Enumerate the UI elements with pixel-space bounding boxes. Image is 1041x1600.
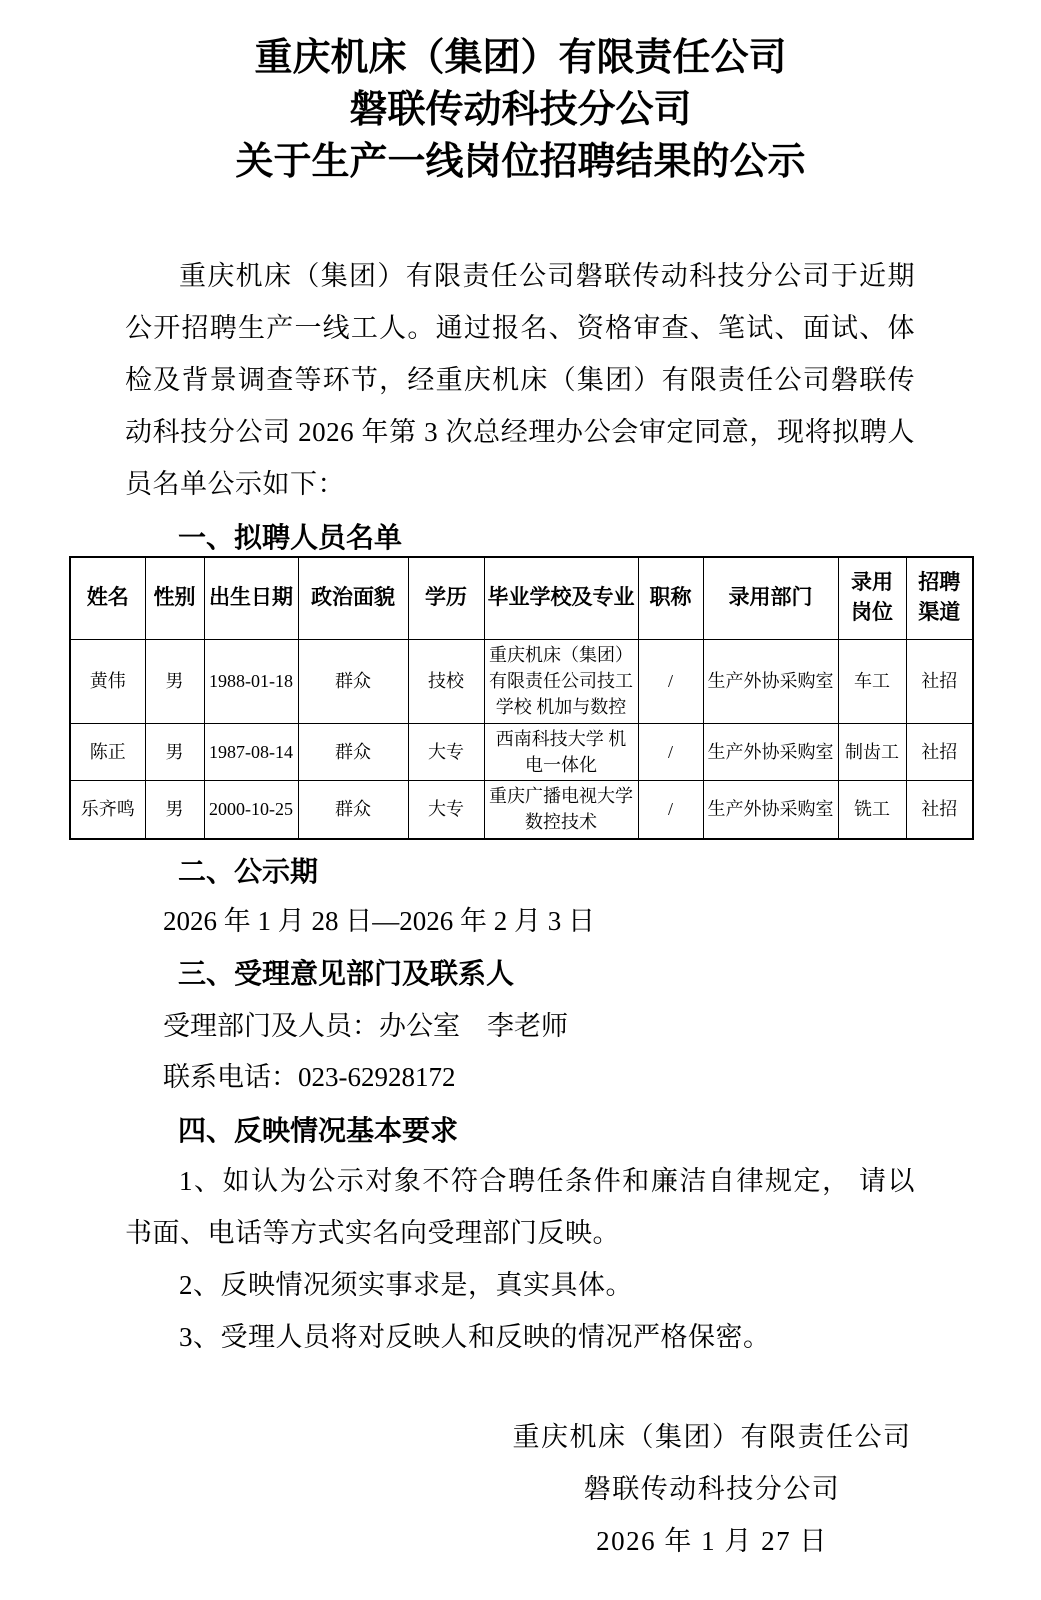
- column-header: 录用部门: [703, 557, 838, 639]
- table-cell: 社招: [906, 639, 973, 723]
- requirement-item: 3、受理人员将对反映人和反映的情况严格保密。: [125, 1311, 915, 1363]
- column-header: 性别: [145, 557, 204, 639]
- table-cell: /: [638, 639, 703, 723]
- column-header: 职称: [638, 557, 703, 639]
- table-cell: 车工: [838, 639, 906, 723]
- table-row: 陈正男1987-08-14群众大专西南科技大学 机电一体化/生产外协采购室制齿工…: [70, 723, 973, 780]
- signature-company: 重庆机床（集团）有限责任公司: [412, 1411, 1012, 1463]
- title-line-branch: 磐联传动科技分公司: [0, 84, 1041, 136]
- table-cell: 男: [145, 723, 204, 780]
- table-cell: 社招: [906, 780, 973, 839]
- table-row: 乐齐鸣男2000-10-25群众大专重庆广播电视大学 数控技术/生产外协采购室铣…: [70, 780, 973, 839]
- table-header-row: 姓名性别出生日期政治面貌学历毕业学校及专业职称录用部门录用岗位招聘渠道: [70, 557, 973, 639]
- table-cell: 群众: [298, 723, 408, 780]
- table-cell: 2000-10-25: [204, 780, 298, 839]
- table-cell: 1988-01-18: [204, 639, 298, 723]
- table-cell: 制齿工: [838, 723, 906, 780]
- table-cell: 铣工: [838, 780, 906, 839]
- section4-heading: 四、反映情况基本要求: [178, 1111, 458, 1151]
- table-body: 黄伟男1988-01-18群众技校重庆机床（集团）有限责任公司技工学校 机加与数…: [70, 639, 973, 839]
- candidate-table: 姓名性别出生日期政治面貌学历毕业学校及专业职称录用部门录用岗位招聘渠道 黄伟男1…: [69, 556, 974, 840]
- column-header: 出生日期: [204, 557, 298, 639]
- table-cell: 西南科技大学 机电一体化: [484, 723, 638, 780]
- announcement-page: 重庆机床（集团）有限责任公司 磐联传动科技分公司 关于生产一线岗位招聘结果的公示…: [0, 0, 1041, 1600]
- column-header: 学历: [408, 557, 484, 639]
- column-header: 录用岗位: [838, 557, 906, 639]
- table-cell: /: [638, 780, 703, 839]
- column-header: 姓名: [70, 557, 145, 639]
- column-header: 毕业学校及专业: [484, 557, 638, 639]
- table-cell: 大专: [408, 780, 484, 839]
- contact-phone-line: 联系电话：023-62928172: [163, 1051, 456, 1103]
- table-cell: 生产外协采购室: [703, 780, 838, 839]
- table-cell: 大专: [408, 723, 484, 780]
- section3-heading: 三、受理意见部门及联系人: [178, 954, 514, 994]
- table-cell: 群众: [298, 639, 408, 723]
- requirement-item: 2、反映情况须实事求是，真实具体。: [125, 1259, 915, 1311]
- document-title: 重庆机床（集团）有限责任公司 磐联传动科技分公司 关于生产一线岗位招聘结果的公示: [0, 32, 1041, 188]
- publicity-period: 2026 年 1 月 28 日—2026 年 2 月 3 日: [163, 895, 595, 947]
- table-cell: 1987-08-14: [204, 723, 298, 780]
- column-header: 政治面貌: [298, 557, 408, 639]
- table-cell: 男: [145, 780, 204, 839]
- title-line-company: 重庆机床（集团）有限责任公司: [0, 32, 1041, 84]
- title-line-subject: 关于生产一线岗位招聘结果的公示: [0, 136, 1041, 188]
- table-cell: 重庆广播电视大学 数控技术: [484, 780, 638, 839]
- table-row: 黄伟男1988-01-18群众技校重庆机床（集团）有限责任公司技工学校 机加与数…: [70, 639, 973, 723]
- requirement-item: 1、如认为公示对象不符合聘任条件和廉洁自律规定， 请以书面、电话等方式实名向受理…: [125, 1155, 915, 1259]
- table-cell: 男: [145, 639, 204, 723]
- signature-branch: 磐联传动科技分公司: [412, 1463, 1012, 1515]
- intro-paragraph: 重庆机床（集团）有限责任公司磐联传动科技分公司于近期公开招聘生产一线工人。通过报…: [125, 250, 915, 510]
- table-cell: /: [638, 723, 703, 780]
- table-cell: 陈正: [70, 723, 145, 780]
- table-cell: 生产外协采购室: [703, 723, 838, 780]
- signature-date: 2026 年 1 月 27 日: [412, 1515, 1012, 1567]
- table-cell: 群众: [298, 780, 408, 839]
- table-cell: 技校: [408, 639, 484, 723]
- table-cell: 黄伟: [70, 639, 145, 723]
- table-cell: 乐齐鸣: [70, 780, 145, 839]
- table-cell: 生产外协采购室: [703, 639, 838, 723]
- contact-department-line: 受理部门及人员：办公室 李老师: [163, 1000, 568, 1052]
- table-cell: 社招: [906, 723, 973, 780]
- signature-block: 重庆机床（集团）有限责任公司 磐联传动科技分公司 2026 年 1 月 27 日: [412, 1411, 1012, 1567]
- table-cell: 重庆机床（集团）有限责任公司技工学校 机加与数控: [484, 639, 638, 723]
- section2-heading: 二、公示期: [178, 852, 318, 892]
- column-header: 招聘渠道: [906, 557, 973, 639]
- section1-heading: 一、拟聘人员名单: [178, 518, 402, 558]
